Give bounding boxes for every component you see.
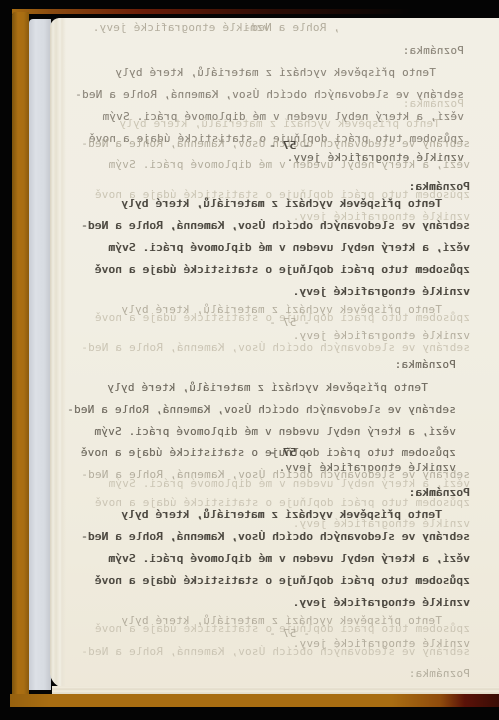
book-photo-frame: vzniklé etnografické jevy., Rohle a Ned-…: [0, 0, 499, 720]
mirrored-text-line: sebrány ve sledovaných obcích Úsov, Kame…: [81, 530, 470, 544]
mirrored-text-line: Poznámka:: [403, 97, 464, 111]
mirrored-text-line: vzniklé etnografické jevy.: [293, 285, 470, 299]
page-stack-left-edges: [50, 18, 66, 688]
mirrored-text-line: Poznámka:: [403, 44, 464, 58]
mirrored-text-line: Tento příspěvek vychází z materiálů, kte…: [115, 66, 436, 80]
mirrored-text-line: sebrány ve sledovaných obcích Úsov, Kame…: [81, 341, 470, 355]
mirrored-text-line: sebrány ve sledovaných obcích Úsov, Kame…: [81, 645, 470, 659]
book-cover-left-edge: [12, 12, 29, 706]
mirrored-text-line: Tento příspěvek vychází z materiálů, kte…: [119, 117, 440, 131]
mirrored-text-line: vězí, a který nebyl uveden v mé diplomov…: [108, 158, 470, 172]
mirrored-text-line: Tento příspěvek vychází z materiálů, kte…: [107, 381, 428, 395]
flyleaf-page-edge: [29, 19, 51, 690]
mirrored-text-line: vězí, a který nebyl uveden v mé diplomov…: [108, 241, 470, 255]
mirrored-text-line: vězí, a který nebyl uveden v mé diplomov…: [94, 425, 456, 439]
mirrored-text-line: způsobem tuto práci doplňuje o statistic…: [95, 263, 470, 277]
mirrored-text-line: Tento příspěvek vychází z materiálů, kte…: [121, 197, 442, 211]
mirrored-text-line: Poznámka:: [395, 358, 456, 372]
mirrored-text-line: , Rohle a Ned-: [244, 21, 340, 35]
mirrored-text-line: sebrány ve sledovaných obcích Úsov, Kame…: [81, 219, 470, 233]
mirrored-text-line: sebrány ve sledovaných obcích Úsov, Kame…: [67, 403, 456, 417]
mirrored-text-layer: vzniklé etnografické jevy., Rohle a Ned-…: [85, 0, 470, 720]
mirrored-text-line: vzniklé etnografické jevy.: [293, 517, 470, 531]
mirrored-text-line: vzniklé etnografické jevy.: [93, 21, 270, 35]
mirrored-text-line: způsobem tuto práci doplňuje o statistic…: [95, 574, 470, 588]
mirrored-text-line: Poznámka:: [409, 667, 470, 681]
mirrored-text-line: - 57 -: [269, 316, 310, 330]
mirrored-text-line: - 57 -: [269, 446, 310, 460]
mirrored-text-line: vězí, a který nebyl uveden v mé diplomov…: [108, 552, 470, 566]
mirrored-text-line: vzniklé etnografické jevy.: [293, 596, 470, 610]
